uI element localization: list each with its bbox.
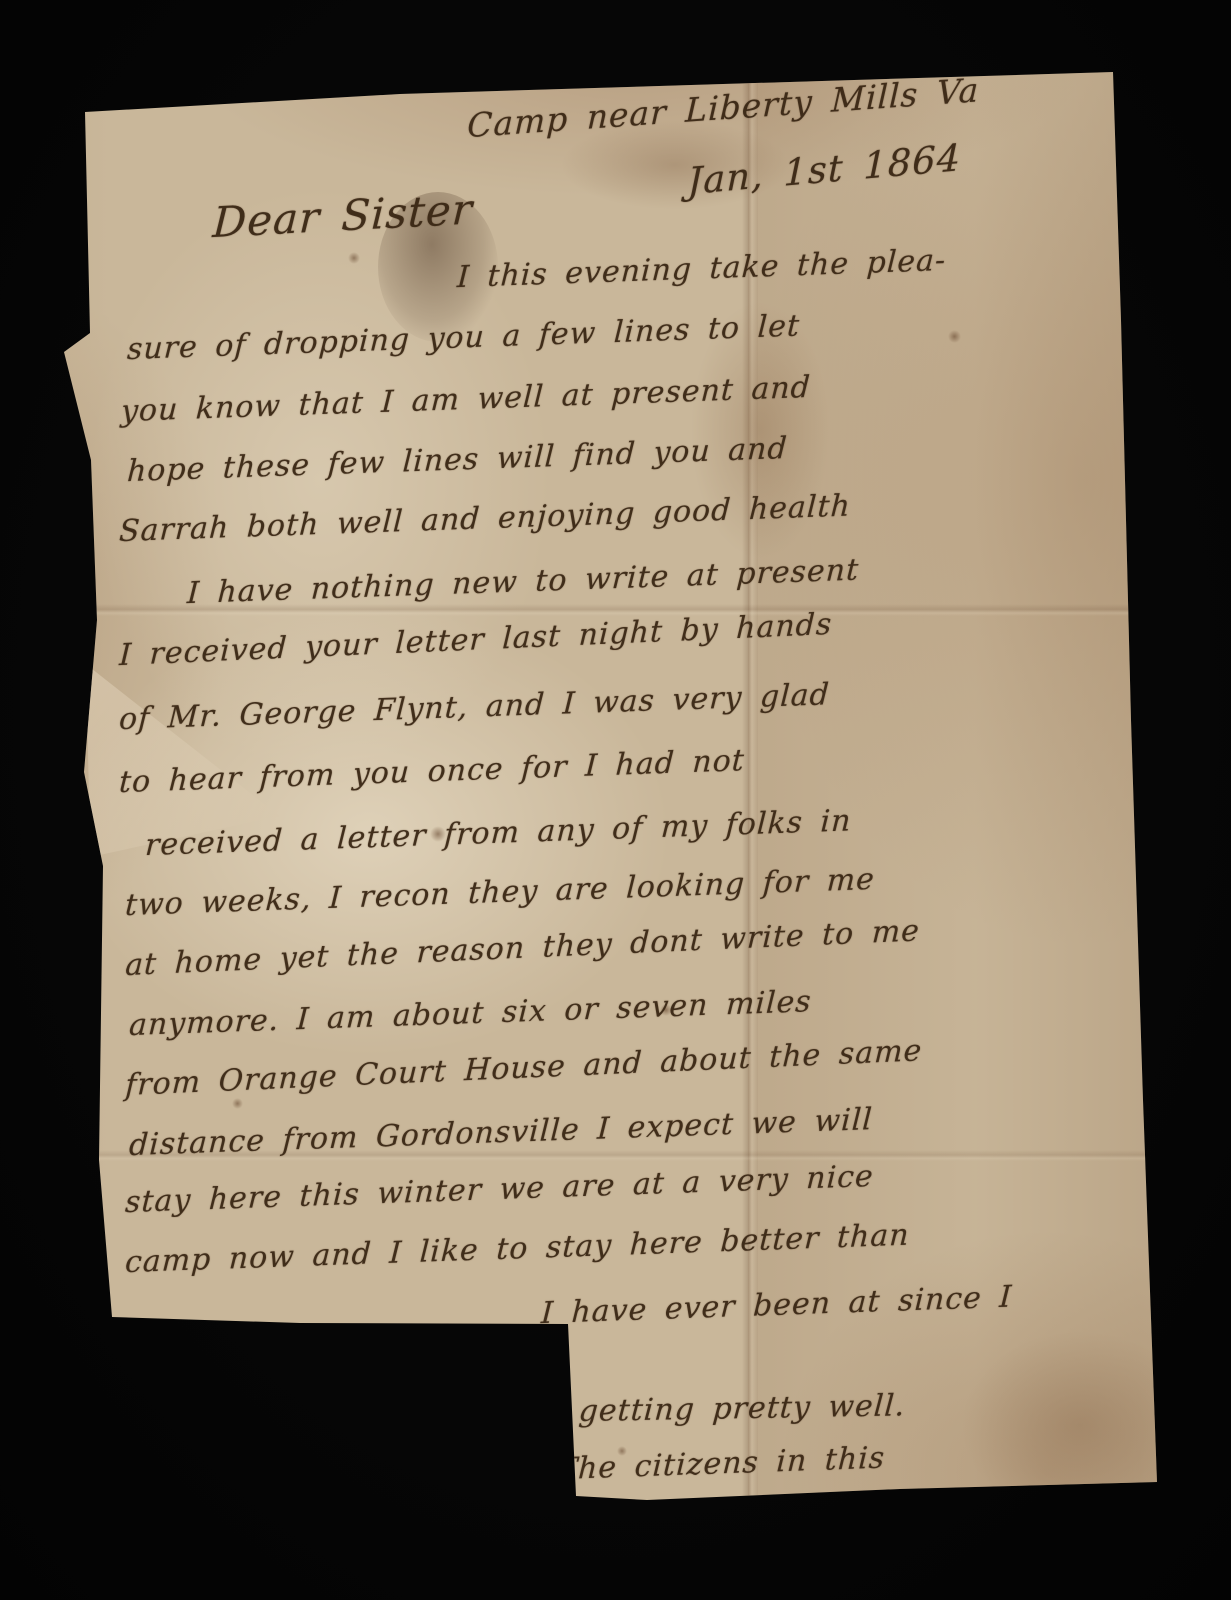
letter-paper: Camp near Liberty Mills Va Jan, 1st 1864… [0, 0, 1231, 1600]
fold-crease-horizontal-upper [0, 604, 1231, 616]
letter-body-line: anymore. I am about six or seven miles [128, 984, 812, 1043]
letter-body-line: I received your letter last night by han… [118, 607, 833, 673]
letter-body-line: getting pretty well. [578, 1388, 907, 1429]
aging-stain [960, 1330, 1200, 1520]
foxing-spot [948, 330, 961, 343]
photo-background: Camp near Liberty Mills Va Jan, 1st 1864… [0, 0, 1231, 1600]
letter-body-line: to hear from you once for I had not [118, 743, 746, 800]
foxing-spot [348, 252, 360, 264]
fold-crease-vertical [742, 0, 758, 1600]
letter-body-line: hope these few lines will find you and [126, 431, 788, 489]
foxing-spot [232, 1098, 243, 1109]
letter-body-line: of Mr. George Flynt, and I was very glad [118, 677, 831, 737]
